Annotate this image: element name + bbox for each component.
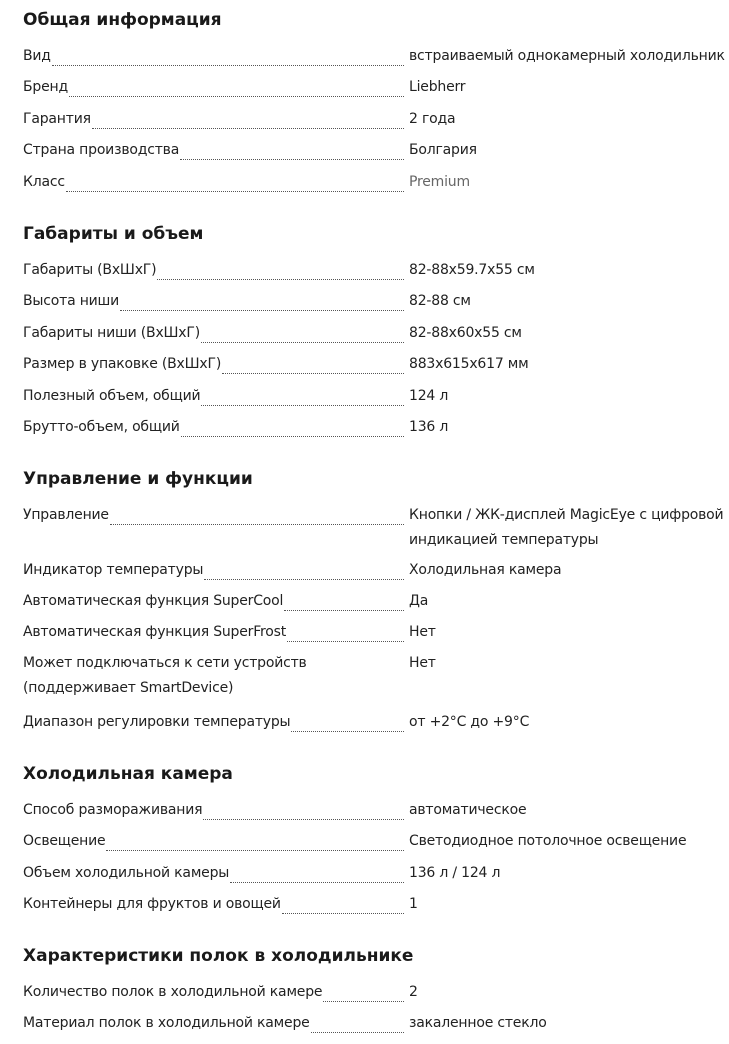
spec-value: 82-88x60x55 см [406,321,729,346]
spec-value: 1 [406,892,729,917]
spec-label: Контейнеры для фруктов и овощей [23,892,281,917]
dot-leader [222,372,404,374]
spec-label: Габариты (ВхШхГ) [23,258,156,283]
spec-row: Количество полок в холодильной камере 2 [23,980,729,1005]
dot-leader [204,578,404,580]
spec-row: Класс Premium [23,170,729,195]
section-title: Характеристики полок в холодильнике [23,944,729,968]
spec-row: Габариты ниши (ВхШхГ) 82-88x60x55 см [23,321,729,346]
section-title: Габариты и объем [23,222,729,246]
dot-leader [69,95,404,97]
dot-leader [180,158,404,160]
section-general-info: Общая информация [23,8,729,32]
spec-value: Нет [406,651,729,676]
spec-label: Диапазон регулировки температуры [23,710,290,735]
spec-value: Болгария [406,138,729,163]
spec-value: 82-88 см [406,289,729,314]
dot-leader [106,849,404,851]
spec-value: 124 л [406,384,729,409]
spec-value: Кнопки / ЖК-дисплей MagicEye с цифровой … [406,503,729,553]
dot-leader [201,404,404,406]
spec-label: Управление [23,503,109,528]
spec-value: встраиваемый однокамерный холодильник [406,44,729,69]
spec-label: Автоматическая функция SuperFrost [23,620,286,645]
dot-leader [287,640,404,642]
spec-label: Габариты ниши (ВхШхГ) [23,321,200,346]
spec-value: Premium [406,170,729,195]
dot-leader [201,341,404,343]
dot-leader [203,818,404,820]
spec-row: Габариты (ВхШхГ) 82-88x59.7x55 см [23,258,729,283]
spec-row: Автоматическая функция SuperCool Да [23,589,729,614]
spec-value: от +2°С до +9°С [406,710,729,735]
spec-row: Автоматическая функция SuperFrost Нет [23,620,729,645]
spec-label: Высота ниши [23,289,119,314]
dot-leader [110,523,404,525]
spec-row: Материал полок в холодильной камере зака… [23,1011,729,1036]
dot-leader [230,881,404,883]
spec-label: Объем холодильной камеры [23,861,229,886]
section-title: Общая информация [23,8,729,32]
spec-label: Вид [23,44,51,69]
spec-label: Способ размораживания [23,798,202,823]
spec-value: закаленное стекло [406,1011,729,1036]
spec-value: Светодиодное потолочное освещение [406,829,729,854]
spec-row: Диапазон регулировки температуры от +2°С… [23,710,729,735]
spec-row: Размер в упаковке (ВхШхГ) 883x615x617 мм [23,352,729,377]
spec-row: Освещение Светодиодное потолочное освеще… [23,829,729,854]
spec-label: Может подключаться к сети устройств (под… [23,651,323,701]
spec-row: Вид встраиваемый однокамерный холодильни… [23,44,729,69]
spec-value: 2 года [406,107,729,132]
spec-value: 136 л [406,415,729,440]
section-title: Холодильная камера [23,762,729,786]
spec-row: Объем холодильной камеры 136 л / 124 л [23,861,729,886]
spec-row: Высота ниши 82-88 см [23,289,729,314]
spec-row: Гарантия 2 года [23,107,729,132]
spec-row: Управление Кнопки / ЖК-дисплей MagicEye … [23,503,729,553]
spec-value: 883x615x617 мм [406,352,729,377]
dot-leader [282,912,404,914]
spec-value: Нет [406,620,729,645]
spec-row: Может подключаться к сети устройств (под… [23,651,729,701]
spec-label: Гарантия [23,107,91,132]
dot-leader [66,190,404,192]
section-controls: Управление и функции [23,467,729,491]
spec-value: 2 [406,980,729,1005]
dot-leader [291,730,404,732]
section-title: Управление и функции [23,467,729,491]
section-dimensions: Габариты и объем [23,222,729,246]
spec-value: Liebherr [406,75,729,100]
spec-label: Страна производства [23,138,179,163]
spec-row: Индикатор температуры Холодильная камера [23,558,729,583]
dot-leader [284,609,404,611]
section-fridge-compartment: Холодильная камера [23,762,729,786]
spec-label: Материал полок в холодильной камере [23,1011,310,1036]
spec-row: Контейнеры для фруктов и овощей 1 [23,892,729,917]
dot-leader [323,1000,404,1002]
dot-leader [181,435,404,437]
dot-leader [92,127,404,129]
spec-label: Размер в упаковке (ВхШхГ) [23,352,221,377]
spec-value: автоматическое [406,798,729,823]
spec-row: Бренд Liebherr [23,75,729,100]
spec-value: 136 л / 124 л [406,861,729,886]
spec-label: Брутто-объем, общий [23,415,180,440]
spec-value: Да [406,589,729,614]
dot-leader [157,278,404,280]
spec-label: Освещение [23,829,105,854]
spec-label: Полезный объем, общий [23,384,200,409]
spec-row: Способ размораживания автоматическое [23,798,729,823]
spec-label: Индикатор температуры [23,558,203,583]
spec-value: Холодильная камера [406,558,729,583]
spec-row: Страна производства Болгария [23,138,729,163]
spec-label: Автоматическая функция SuperCool [23,589,283,614]
dot-leader [311,1031,404,1033]
spec-value: 82-88x59.7x55 см [406,258,729,283]
spec-label: Класс [23,170,65,195]
spec-row: Брутто-объем, общий 136 л [23,415,729,440]
spec-row: Полезный объем, общий 124 л [23,384,729,409]
spec-label: Бренд [23,75,68,100]
section-shelves: Характеристики полок в холодильнике [23,944,729,968]
spec-label: Количество полок в холодильной камере [23,980,322,1005]
dot-leader [52,64,404,66]
dot-leader [120,309,404,311]
